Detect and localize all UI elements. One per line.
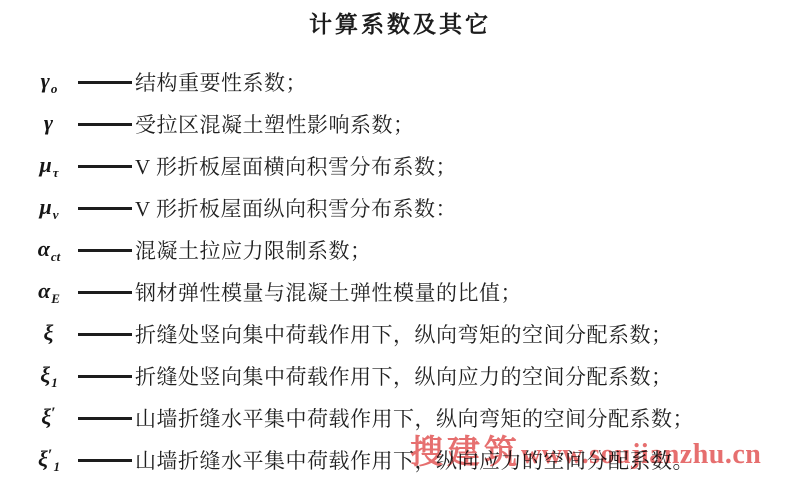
symbol-subscript: 1 [53, 459, 60, 474]
symbol-row: γ 受拉区混凝土塑性影响系数； [20, 103, 800, 145]
dash-line [78, 207, 132, 210]
dash-line [78, 291, 132, 294]
symbol: ξ1 [20, 364, 78, 389]
dash-line [78, 123, 132, 126]
symbol: γ [20, 112, 78, 137]
document-page: 计算系数及其它 γo 结构重要性系数； γ 受拉区混凝土塑性影响系数； μτ V… [0, 0, 800, 492]
definition-text: 山墙折缝水平集中荷载作用下，纵向应力的空间分配系数。 [135, 445, 694, 475]
dash-line [78, 333, 132, 336]
symbol-letter: α [38, 236, 50, 261]
definition-text: 受拉区混凝土塑性影响系数； [135, 109, 415, 139]
symbol-letter: ξ [40, 362, 50, 387]
definition-text: V 形折板屋面横向积雪分布系数； [135, 151, 457, 181]
symbol-row: ξ′ 山墙折缝水平集中荷载作用下，纵向弯矩的空间分配系数； [20, 397, 800, 439]
definition-text: 钢材弹性模量与混凝土弹性模量的比值； [135, 277, 522, 307]
symbol-subscript: τ [53, 165, 59, 180]
symbol: μτ [20, 154, 78, 179]
symbol-letter: ξ [41, 404, 51, 429]
symbol-letter: μ [39, 194, 51, 219]
symbol-letter: α [38, 278, 50, 303]
symbol-row: αct 混凝土拉应力限制系数； [20, 229, 800, 271]
symbol-letter: μ [39, 152, 51, 177]
symbol-row: μτ V 形折板屋面横向积雪分布系数； [20, 145, 800, 187]
dash-line [78, 459, 132, 462]
symbol-subscript: o [51, 81, 58, 96]
dash-line [78, 249, 132, 252]
symbol: αct [20, 238, 78, 263]
definition-text: V 形折板屋面纵向积雪分布系数： [135, 193, 457, 223]
symbol-subscript: v [53, 207, 59, 222]
definition-text: 折缝处竖向集中荷载作用下，纵向应力的空间分配系数； [135, 361, 673, 391]
definition-text: 混凝土拉应力限制系数； [135, 235, 372, 265]
symbol-letter: γ [41, 68, 50, 93]
dash-line [78, 375, 132, 378]
symbol-row: γo 结构重要性系数； [20, 61, 800, 103]
page-title: 计算系数及其它 [0, 6, 800, 39]
symbol-letter: γ [44, 110, 53, 135]
dash-line [78, 81, 132, 84]
symbol-prime: ′ [48, 447, 53, 464]
dash-line [78, 417, 132, 420]
symbol-subscript: E [51, 291, 60, 306]
symbol: ξ [20, 322, 78, 347]
symbol-prime: ′ [51, 405, 56, 422]
symbol-list: γo 结构重要性系数； γ 受拉区混凝土塑性影响系数； μτ V 形折板屋面横向… [20, 61, 800, 481]
dash-line [78, 165, 132, 168]
definition-text: 山墙折缝水平集中荷载作用下，纵向弯矩的空间分配系数； [135, 403, 694, 433]
symbol-row: μv V 形折板屋面纵向积雪分布系数： [20, 187, 800, 229]
symbol-row: αE 钢材弹性模量与混凝土弹性模量的比值； [20, 271, 800, 313]
symbol-row: ξ 折缝处竖向集中荷载作用下，纵向弯矩的空间分配系数； [20, 313, 800, 355]
symbol-letter: ξ [38, 446, 48, 471]
symbol: γo [20, 70, 78, 95]
symbol: μv [20, 196, 78, 221]
symbol-subscript: ct [51, 249, 60, 264]
symbol-row: ξ′1 山墙折缝水平集中荷载作用下，纵向应力的空间分配系数。 [20, 439, 800, 481]
definition-text: 折缝处竖向集中荷载作用下，纵向弯矩的空间分配系数； [135, 319, 673, 349]
symbol-row: ξ1 折缝处竖向集中荷载作用下，纵向应力的空间分配系数； [20, 355, 800, 397]
symbol-letter: ξ [44, 320, 54, 345]
symbol-subscript: 1 [51, 375, 58, 390]
definition-text: 结构重要性系数； [135, 67, 307, 97]
symbol: ξ′ [20, 406, 78, 431]
symbol: αE [20, 280, 78, 305]
symbol: ξ′1 [20, 448, 78, 473]
